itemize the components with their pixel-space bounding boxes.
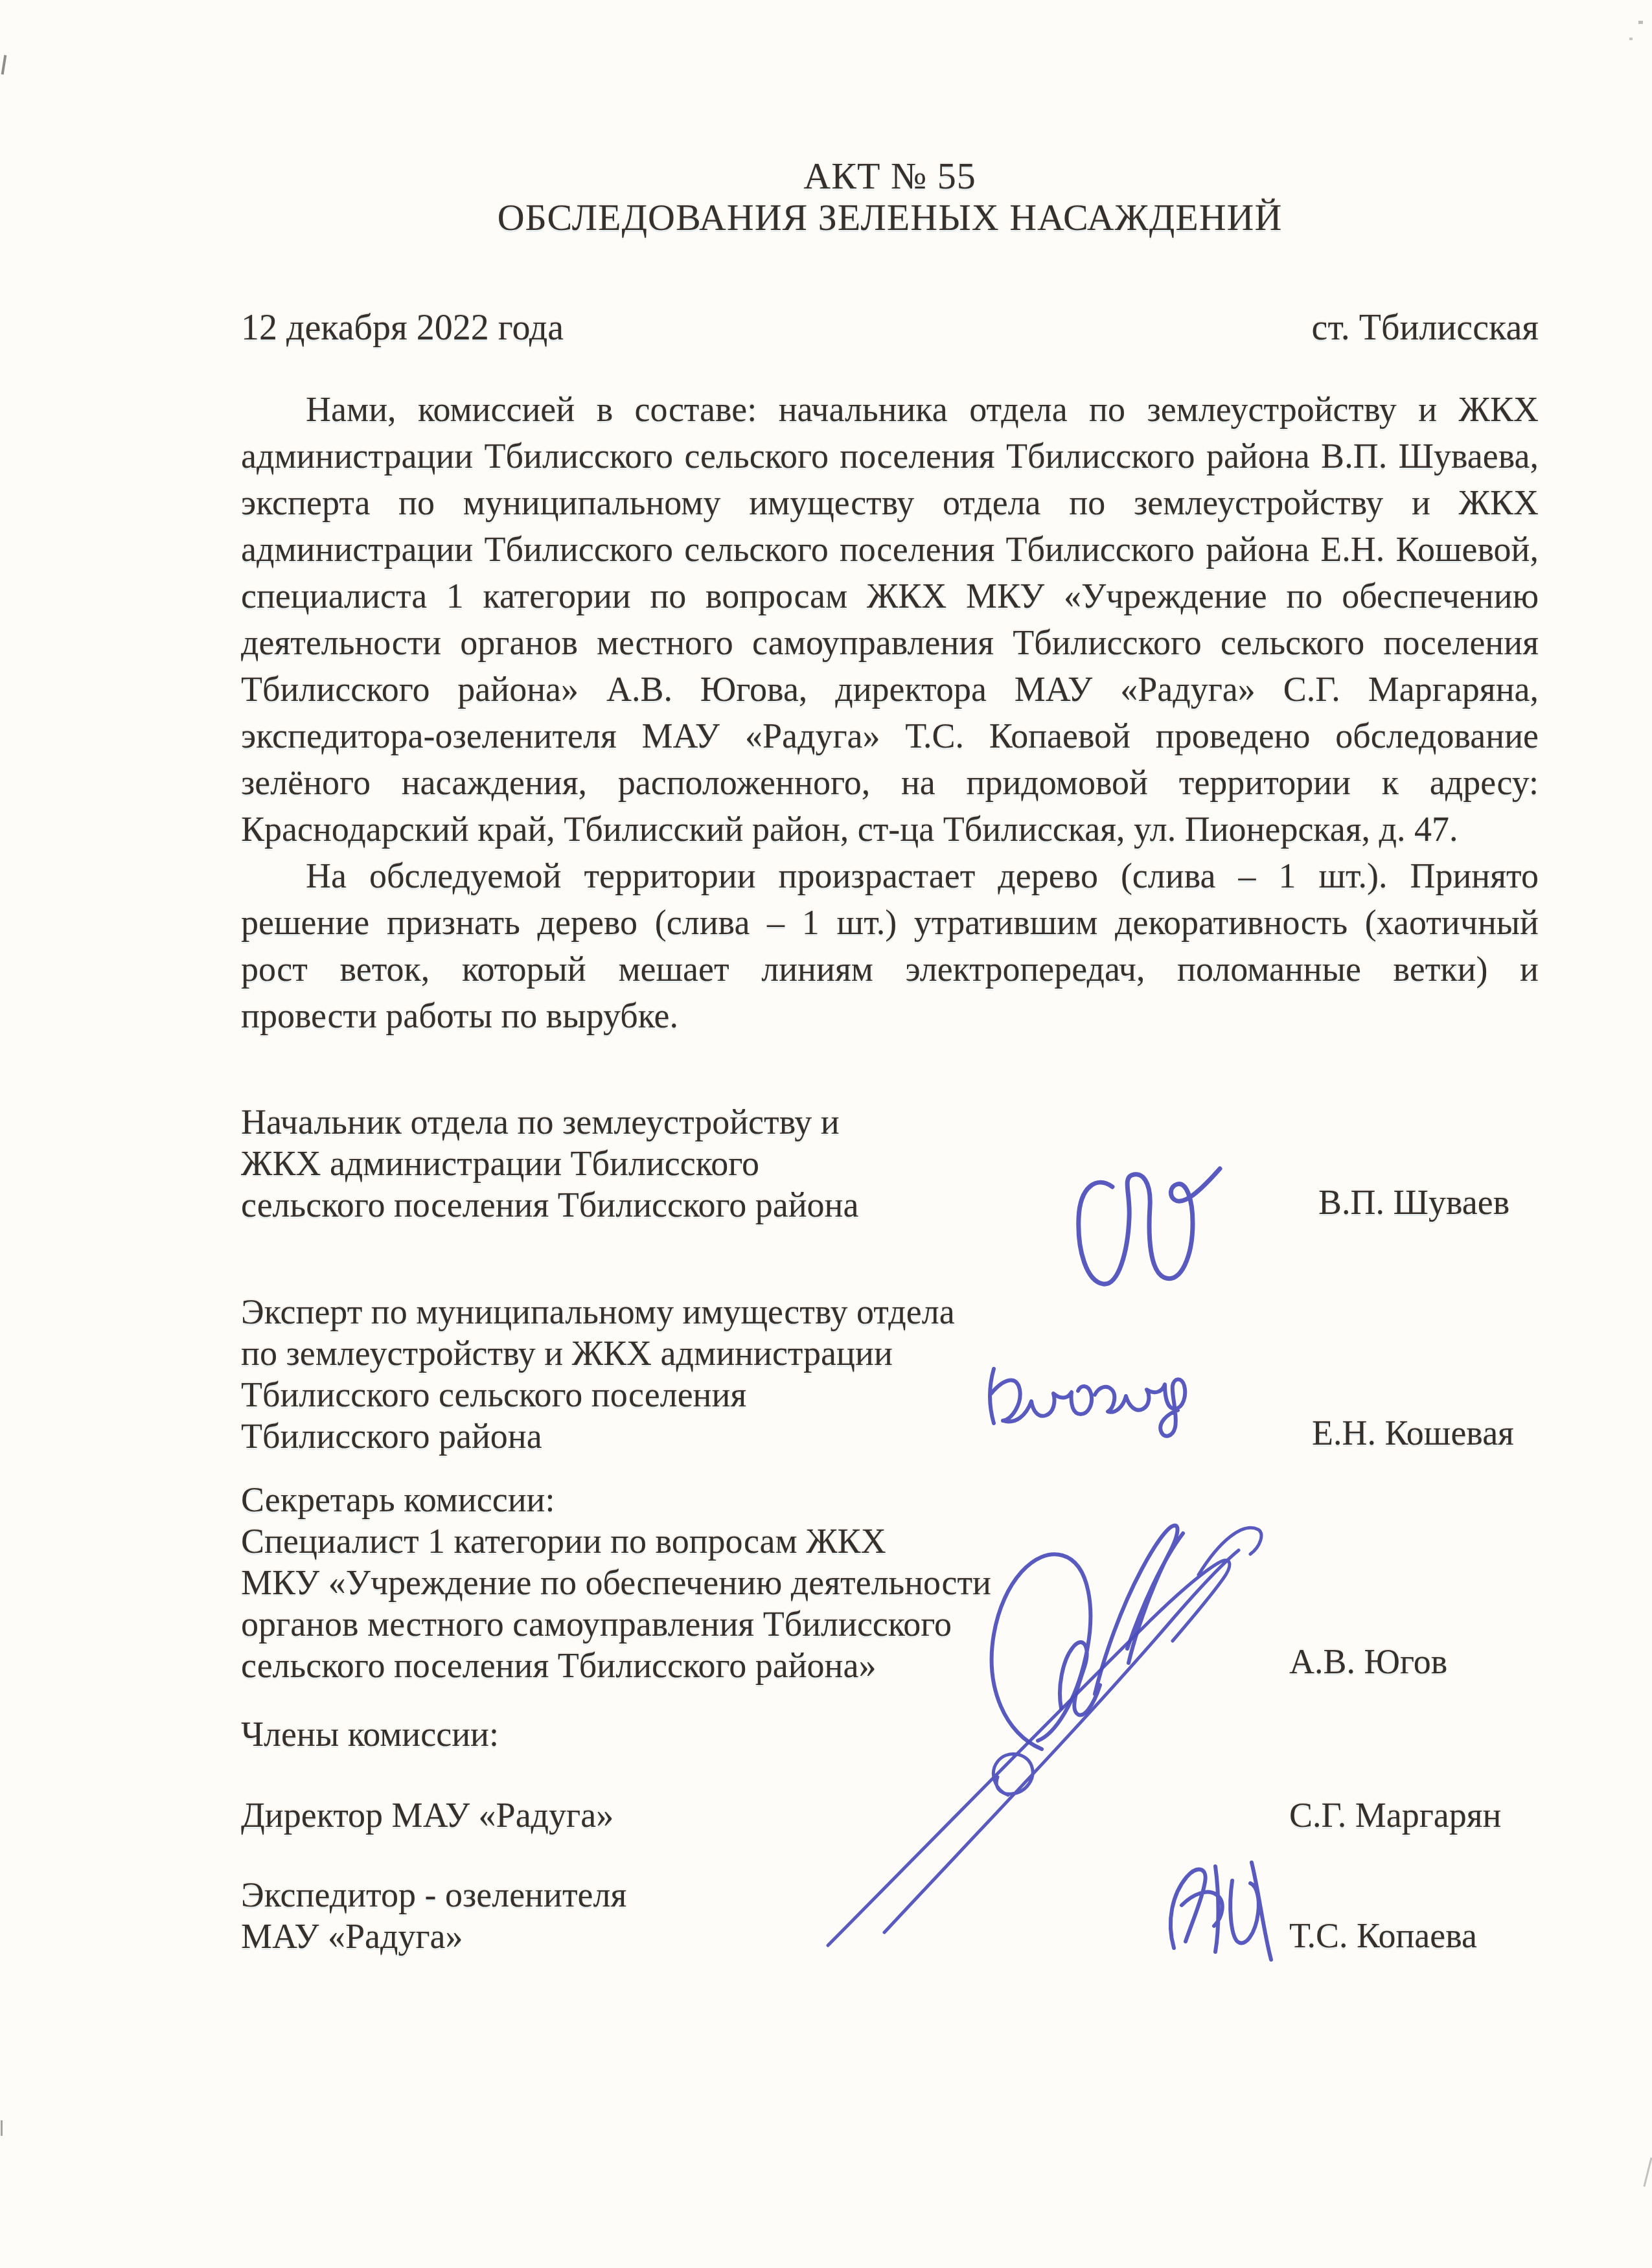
paragraph-line: рост веток, который мешает линиям электр… xyxy=(241,946,1539,992)
scan-artifact xyxy=(1638,21,1643,24)
role-line: Эксперт по муниципальному имуществу отде… xyxy=(241,1291,955,1333)
paragraph-line: решение признать дерево (слива – 1 шт.) … xyxy=(241,899,1539,946)
paragraph-line: администрации Тбилисского сельского посе… xyxy=(241,433,1539,479)
secretary-heading: Секретарь комиссии: xyxy=(241,1479,991,1520)
paragraph-line: специалиста 1 категории по вопросам ЖКХ … xyxy=(241,573,1539,619)
signatory-name-koshevaya: Е.Н. Кошевая xyxy=(1312,1412,1514,1454)
signatory-name-kopaeva: Т.С. Копаева xyxy=(1289,1915,1477,1956)
paragraph-line: деятельности органов местного самоуправл… xyxy=(241,619,1539,666)
paragraph-line: провести работы по вырубке. xyxy=(241,992,1539,1039)
signatory-name-margaryan: С.Г. Маргарян xyxy=(1289,1794,1501,1836)
scan-artifact xyxy=(1,2120,3,2136)
members-heading-text: Члены комиссии: xyxy=(241,1713,499,1755)
role-line: Тбилисского района xyxy=(241,1415,955,1457)
role-line: ЖКХ администрации Тбилисского xyxy=(241,1143,859,1184)
role-line: Директор МАУ «Радуга» xyxy=(241,1794,614,1836)
signatory-role-margaryan: Директор МАУ «Радуга» xyxy=(241,1794,614,1836)
paragraph-commission: Нами, комиссией в составе: начальника от… xyxy=(241,386,1539,853)
role-line: по землеустройству и ЖКХ администрации xyxy=(241,1333,955,1374)
role-line: Тбилисского сельского поселения xyxy=(241,1374,955,1415)
role-line: МКУ «Учреждение по обеспечению деятельно… xyxy=(241,1562,991,1603)
paragraph-line: экспедитора-озеленителя МАУ «Радуга» Т.С… xyxy=(241,713,1539,759)
role-line: Экспедитор - озеленителя xyxy=(241,1874,626,1916)
signatory-role-shuvaev: Начальник отдела по землеустройству и ЖК… xyxy=(241,1101,859,1226)
role-line: Специалист 1 категории по вопросам ЖКХ xyxy=(241,1520,991,1562)
paragraph-decision: На обследуемой территории произрастает д… xyxy=(241,853,1539,1039)
role-line: сельского поселения Тбилисского района xyxy=(241,1184,859,1226)
paragraph-line: Нами, комиссией в составе: начальника от… xyxy=(241,386,1539,433)
act-number-line: АКТ № 55 xyxy=(241,155,1539,197)
paragraph-line: На обследуемой территории произрастает д… xyxy=(241,853,1539,899)
scan-artifact xyxy=(1629,38,1633,40)
role-line: органов местного самоуправления Тбилисск… xyxy=(241,1603,991,1645)
paragraph-line: администрации Тбилисского сельского посе… xyxy=(241,526,1539,573)
role-line: Начальник отдела по землеустройству и xyxy=(241,1101,859,1143)
scanned-document-page: { "colors": { "ink": "#35302b", "pen": "… xyxy=(0,0,1652,2268)
signatory-role-kopaeva: Экспедитор - озеленителя МАУ «Радуга» xyxy=(241,1874,626,1957)
document-title: АКТ № 55 ОБСЛЕДОВАНИЯ ЗЕЛЕНЫХ НАСАЖДЕНИЙ xyxy=(241,155,1539,238)
role-line: МАУ «Радуга» xyxy=(241,1916,626,1957)
document-text-area: АКТ № 55 ОБСЛЕДОВАНИЯ ЗЕЛЕНЫХ НАСАЖДЕНИЙ… xyxy=(241,0,1539,2268)
scan-artifact xyxy=(1,55,7,74)
signatory-role-koshevaya: Эксперт по муниципальному имуществу отде… xyxy=(241,1291,955,1457)
role-line: сельского поселения Тбилисского района» xyxy=(241,1645,991,1686)
document-place: ст. Тбилисская xyxy=(1312,304,1539,351)
act-subtitle-line: ОБСЛЕДОВАНИЯ ЗЕЛЕНЫХ НАСАЖДЕНИЙ xyxy=(241,197,1539,238)
paragraph-line: Тбилисского района» А.В. Югова, директор… xyxy=(241,666,1539,713)
signatory-role-yugov: Секретарь комиссии: Специалист 1 категор… xyxy=(241,1479,991,1686)
date-place-row: 12 декабря 2022 года ст. Тбилисская xyxy=(241,304,1539,351)
signatory-name-yugov: А.В. Югов xyxy=(1289,1641,1447,1682)
paragraph-line: зелёного насаждения, расположенного, на … xyxy=(241,759,1539,806)
paragraph-line: эксперта по муниципальному имуществу отд… xyxy=(241,479,1539,526)
scan-artifact xyxy=(1643,2157,1652,2186)
paragraph-line: Краснодарский край, Тбилисский район, ст… xyxy=(241,806,1539,853)
document-date: 12 декабря 2022 года xyxy=(241,304,564,351)
members-heading: Члены комиссии: xyxy=(241,1713,499,1755)
signatory-name-shuvaev: В.П. Шуваев xyxy=(1318,1182,1509,1223)
